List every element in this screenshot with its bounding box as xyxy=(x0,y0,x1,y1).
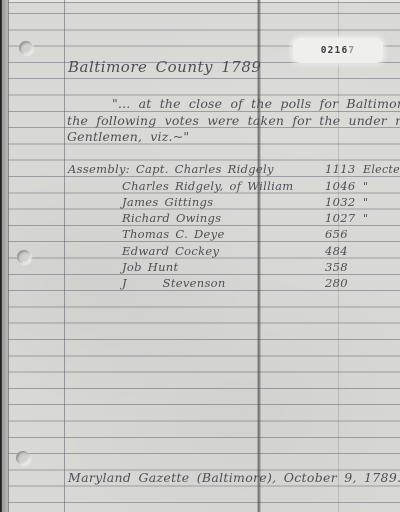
stamp-number-faint-digit: 7 xyxy=(348,45,355,56)
vote-count: 358 xyxy=(325,260,363,274)
citation: Maryland Gazette (Baltimore), October 9,… xyxy=(68,470,400,485)
vote-count: 484 xyxy=(325,244,363,258)
paper-top-edge xyxy=(8,2,400,3)
stamp-number: 0216 xyxy=(321,45,349,56)
candidate-name: Job Hunt xyxy=(68,260,178,274)
candidate-name: Richard Owings xyxy=(68,211,221,225)
vote-row: Thomas C. Deye 656 xyxy=(68,225,396,241)
punch-hole-bottom xyxy=(16,451,30,465)
quote-line-2: the following votes were taken for the u… xyxy=(67,111,397,127)
punch-hole-middle xyxy=(17,250,31,264)
vote-list: Assembly: Capt. Charles Ridgely 1113 Ele… xyxy=(68,160,396,290)
candidate-name: J Stevenson xyxy=(68,276,226,290)
vote-row: Assembly: Capt. Charles Ridgely 1113 Ele… xyxy=(68,160,396,176)
vote-count: 656 xyxy=(325,227,363,241)
candidate-name: Thomas C. Deye xyxy=(68,227,225,241)
ditto-mark: " xyxy=(363,196,396,209)
catalog-stamp: 0216 7 xyxy=(293,38,383,63)
vote-row: Charles Ridgely, of William 1046 " xyxy=(68,176,396,192)
vote-row: Edward Cockey 484 xyxy=(68,241,396,257)
vote-row: Richard Owings 1027 " xyxy=(68,209,396,225)
elected-mark: Elected xyxy=(363,163,396,176)
quote-line-3: Gentlemen, viz.~" xyxy=(67,128,397,144)
candidate-name: Edward Cockey xyxy=(68,244,219,258)
candidate-name: James Gittings xyxy=(68,195,213,209)
vote-row: J Stevenson 280 xyxy=(68,274,396,290)
quote-line-1: "... at the close of the polls for Balti… xyxy=(67,95,397,111)
vote-count: 280 xyxy=(325,276,363,290)
vote-count: 1113 xyxy=(325,162,363,176)
candidate-name: Assembly: Capt. Charles Ridgely xyxy=(68,162,274,176)
quote-paragraph: "... at the close of the polls for Balti… xyxy=(67,95,397,144)
margin-line xyxy=(64,0,65,512)
candidate-name: Charles Ridgely, of William xyxy=(68,179,293,193)
page-title: Baltimore County 1789 xyxy=(68,58,261,76)
vote-row: Job Hunt 358 xyxy=(68,258,396,274)
vote-row: James Gittings 1032 " xyxy=(68,193,396,209)
vote-count: 1046 xyxy=(325,179,363,193)
vote-count: 1032 xyxy=(325,195,363,209)
punch-hole-top xyxy=(19,41,33,55)
scanned-page: 0216 7 Baltimore County 1789 "... at the… xyxy=(0,0,400,512)
ditto-mark: " xyxy=(363,180,396,193)
vote-count: 1027 xyxy=(325,211,363,225)
ditto-mark: " xyxy=(363,212,396,225)
